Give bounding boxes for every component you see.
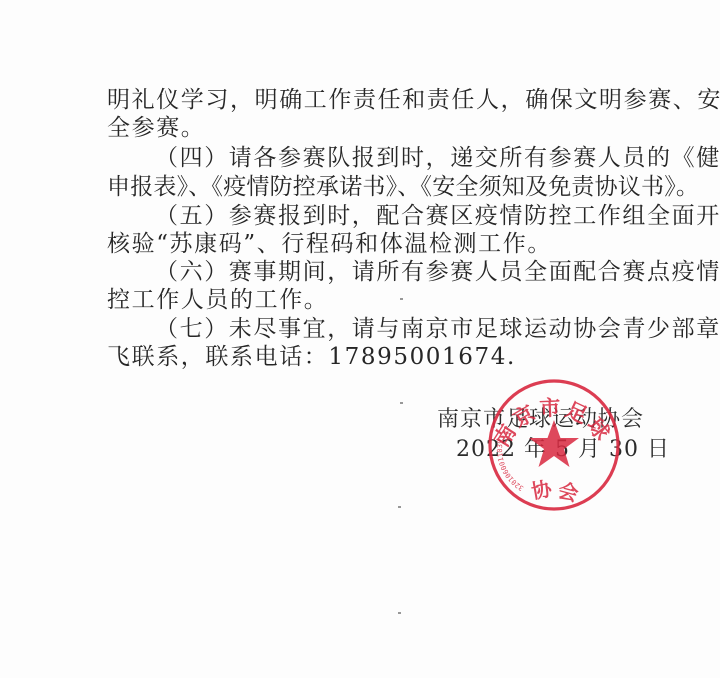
scan-speck xyxy=(400,402,403,404)
star-icon xyxy=(529,420,579,467)
paragraph-line: 申报表》、《疫情防控承诺书》、《安全须知及免责协议书》。 xyxy=(107,173,617,201)
paragraph-line: 全参赛。 xyxy=(107,114,617,142)
scan-speck xyxy=(398,612,401,614)
paragraph-line: 飞联系，联系电话：17895001674. xyxy=(107,343,617,371)
paragraph-line: 明礼仪学习，明确工作责任和责任人，确保文明参赛、安 xyxy=(107,86,617,114)
document-page: 明礼仪学习，明确工作责任和责任人，确保文明参赛、安 全参赛。 （四）请各参赛队报… xyxy=(0,0,720,678)
paragraph-line: 控工作人员的工作。 xyxy=(107,286,617,314)
paragraph-line-item-6: （六）赛事期间，请所有参赛人员全面配合赛点疫情防 xyxy=(107,258,617,286)
svg-text:协: 协 xyxy=(530,476,555,503)
paragraph-line-item-4: （四）请各参赛队报到时，递交所有参赛人员的《健康 xyxy=(107,144,617,172)
paragraph-line-item-5: （五）参赛报到时，配合赛区疫情防控工作组全面开展 xyxy=(107,202,617,230)
official-seal-stamp: 南京市足球运动 3201060011039 协 会 xyxy=(484,375,624,515)
paragraph-line-item-7: （七）未尽事宜，请与南京市足球运动协会青少部章晓 xyxy=(107,315,617,343)
scan-speck xyxy=(400,298,403,300)
scan-speck xyxy=(398,506,401,508)
paragraph-line: 核验“苏康码”、行程码和体温检测工作。 xyxy=(107,230,617,258)
svg-text:会: 会 xyxy=(555,478,581,506)
